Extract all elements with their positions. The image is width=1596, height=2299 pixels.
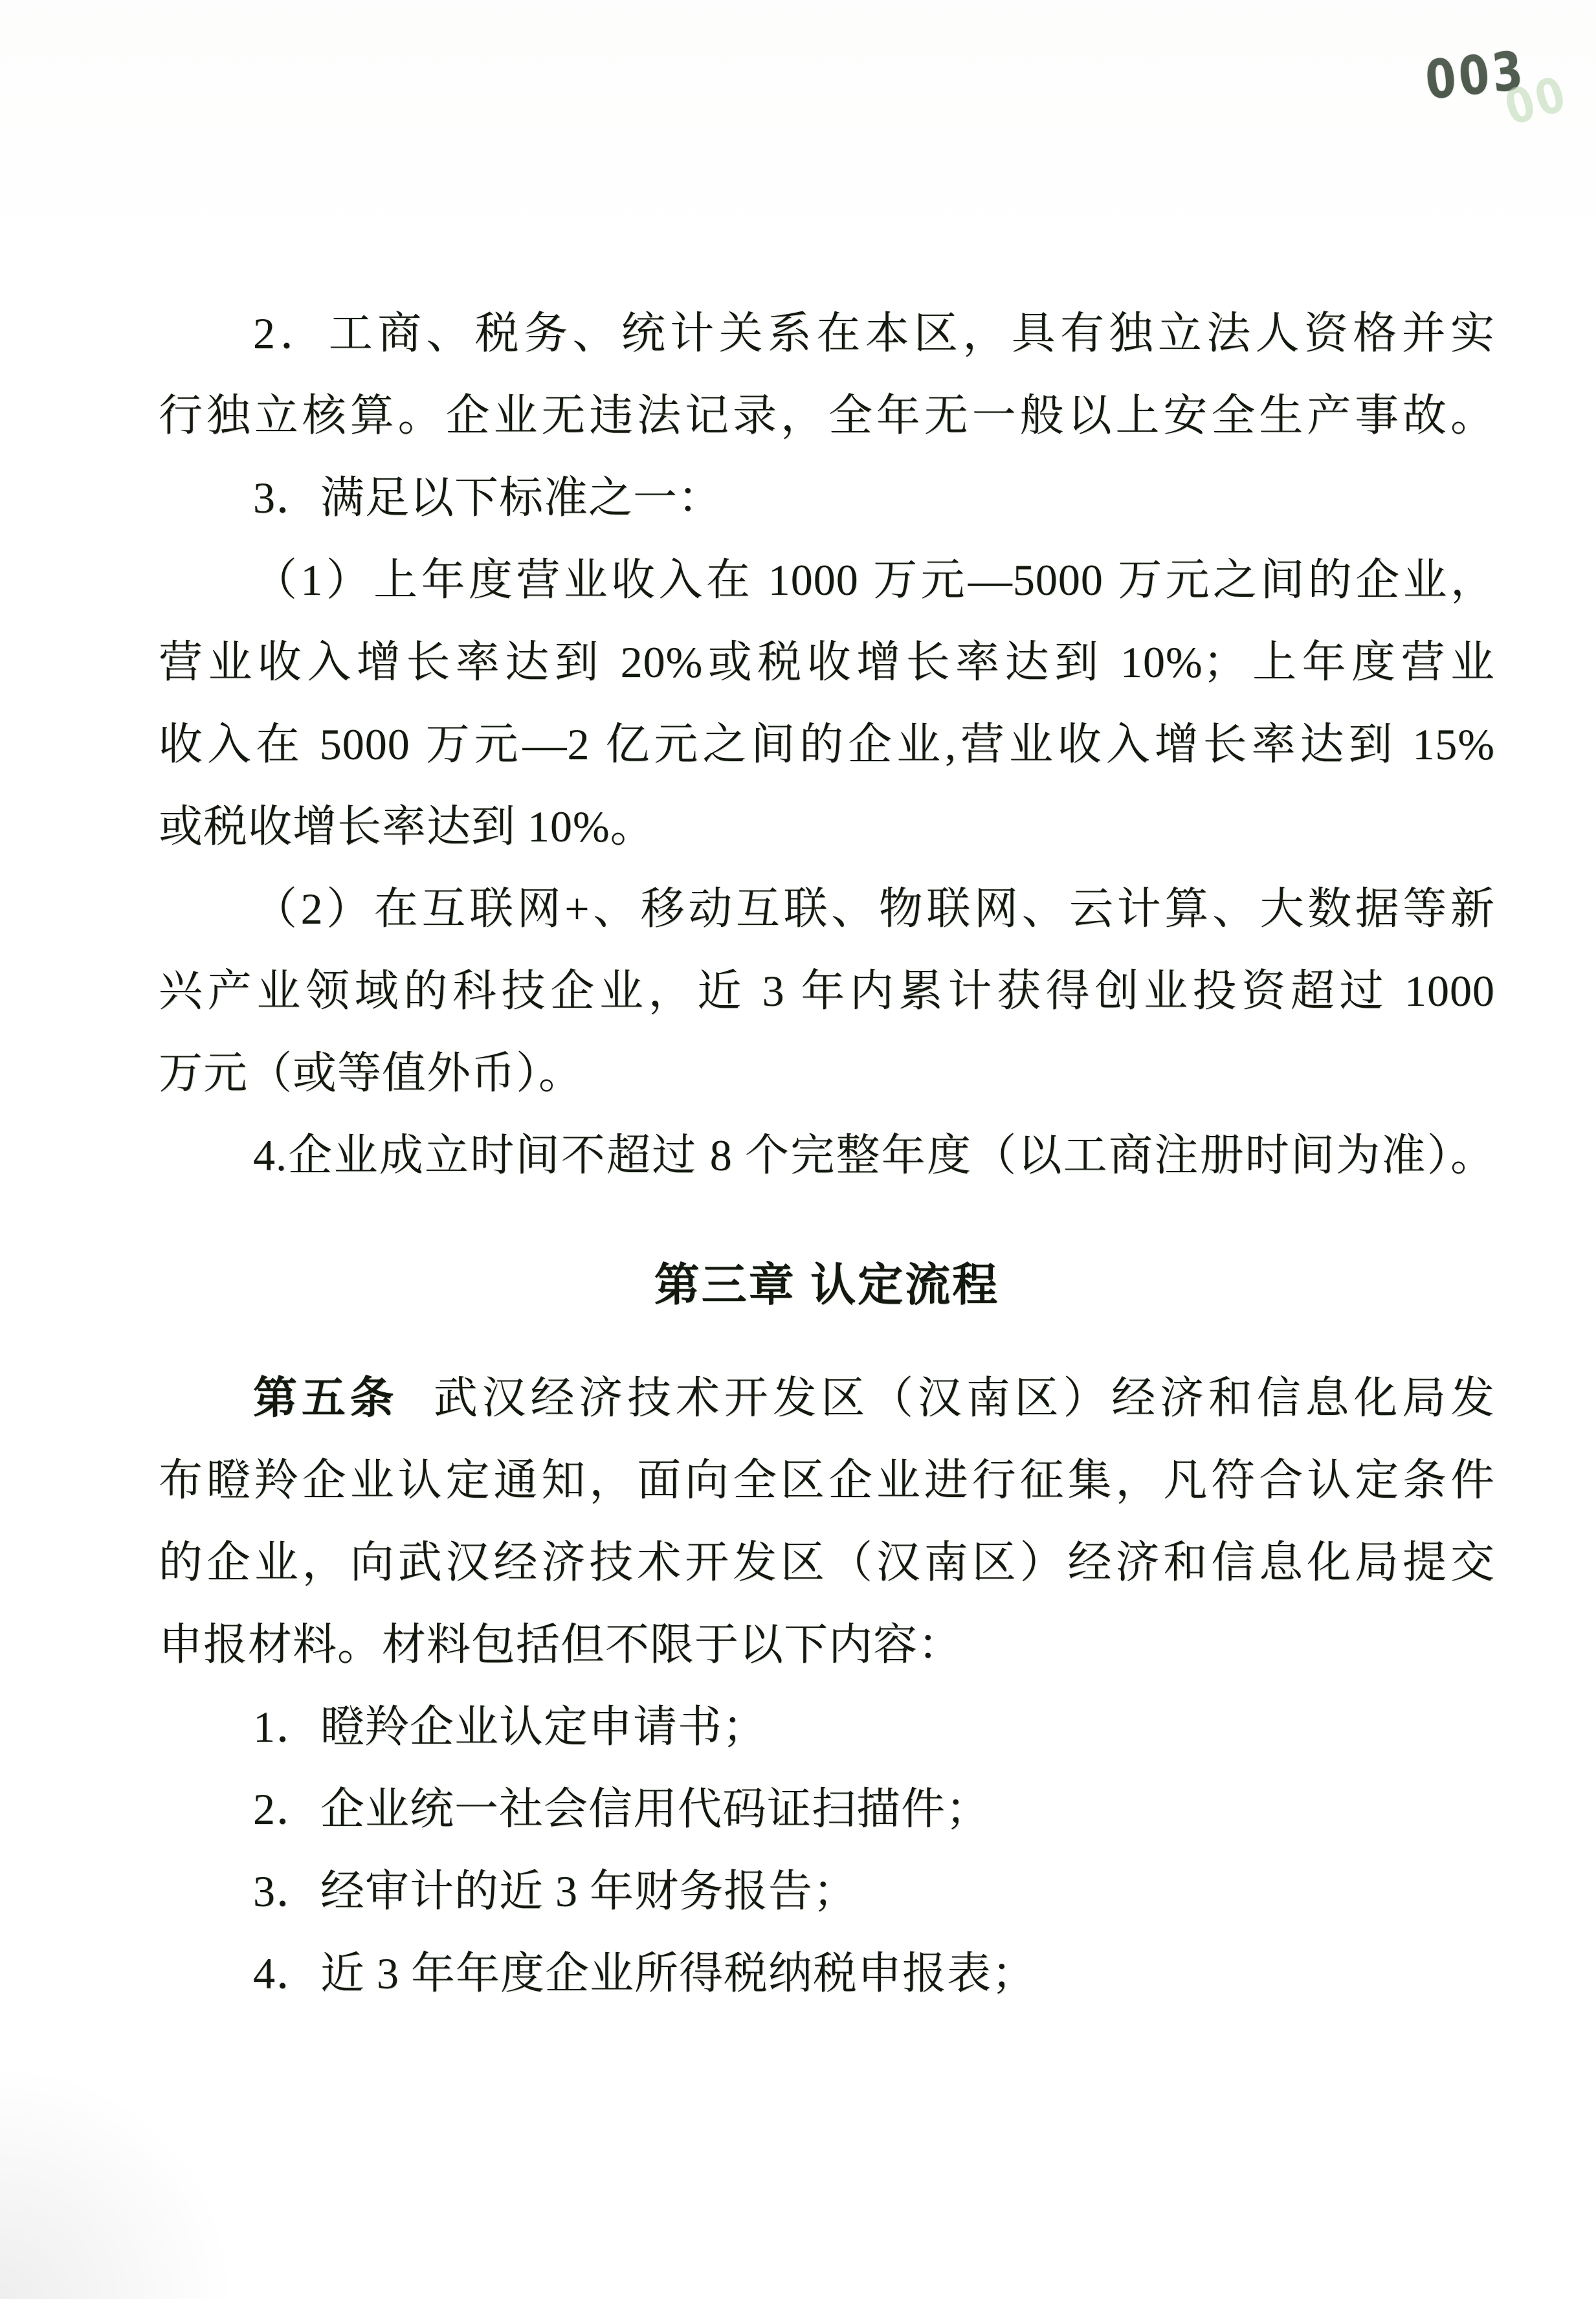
document-lines: 2．工商、税务、统计关系在本区，具有独立法人资格并实行独立核算。企业无违法记录，… [159, 293, 1495, 2015]
line-text: 2．工商、税务、统计关系在本区，具有独立法人资格并实 [253, 309, 1495, 358]
text-line: 2．工商、税务、统计关系在本区，具有独立法人资格并实 [159, 293, 1495, 375]
text-line: 1．瞪羚企业认定申请书； [159, 1686, 1495, 1768]
line-text: 4.企业成立时间不超过 8 个完整年度（以工商注册时间为准）。 [253, 1131, 1495, 1180]
line-text: （2）在互联网+、移动互联、物联网、云计算、大数据等新 [253, 884, 1495, 933]
line-text: （1）上年度营业收入在 1000 万元—5000 万元之间的企业， [253, 555, 1495, 605]
line-text: 兴产业领域的科技企业，近 3 年内累计获得创业投资超过 1000 [159, 966, 1495, 1016]
scan-corner-shadow [0, 2027, 233, 2299]
line-text: 4．近 3 年年度企业所得税纳税申报表； [253, 1949, 1036, 1998]
article-number: 第五条 [253, 1373, 398, 1423]
chapter-heading: 第三章 认定流程 [159, 1244, 1495, 1326]
line-text: 布瞪羚企业认定通知，面向全区企业进行征集，凡符合认定条件 [159, 1456, 1495, 1505]
text-line: 收入在 5000 万元—2 亿元之间的企业,营业收入增长率达到 15% [159, 704, 1495, 786]
line-text: 1．瞪羚企业认定申请书； [253, 1702, 767, 1751]
line-text: 3．满足以下标准之一： [253, 473, 722, 522]
text-line: 万元（或等值外币）。 [159, 1032, 1495, 1115]
line-text: 收入在 5000 万元—2 亿元之间的企业,营业收入增长率达到 15% [159, 720, 1495, 769]
line-text: 申报材料。材料包括但不限于以下内容： [159, 1620, 962, 1669]
text-line: 2．企业统一社会信用代码证扫描件； [159, 1768, 1495, 1850]
line-text: 3．经审计的近 3 年财务报告； [253, 1867, 858, 1916]
text-line: 3．经审计的近 3 年财务报告； [159, 1850, 1495, 1933]
line-text: 营业收入增长率达到 20%或税收增长率达到 10%；上年度营业 [159, 638, 1495, 687]
line-text: 第三章 认定流程 [654, 1260, 999, 1310]
line-text: 的企业，向武汉经济技术开发区（汉南区）经济和信息化局提交 [159, 1538, 1495, 1587]
text-line: 行独立核算。企业无违法记录，全年无一般以上安全生产事故。 [159, 375, 1495, 457]
text-line: 4．近 3 年年度企业所得税纳税申报表； [159, 1933, 1495, 2015]
line-text: 行独立核算。企业无违法记录，全年无一般以上安全生产事故。 [159, 391, 1495, 440]
text-line: 3．满足以下标准之一： [159, 457, 1495, 539]
text-line: 或税收增长率达到 10%。 [159, 786, 1495, 868]
line-text: 万元（或等值外币）。 [159, 1049, 583, 1098]
text-line: 营业收入增长率达到 20%或税收增长率达到 10%；上年度营业 [159, 621, 1495, 704]
text-line: 申报材料。材料包括但不限于以下内容： [159, 1604, 1495, 1686]
text-line: （2）在互联网+、移动互联、物联网、云计算、大数据等新 [159, 868, 1495, 950]
line-text: 武汉经济技术开发区（汉南区）经济和信息化局发 [434, 1373, 1495, 1423]
line-text: 或税收增长率达到 10%。 [159, 802, 655, 851]
text-line: 第五条武汉经济技术开发区（汉南区）经济和信息化局发 [159, 1357, 1495, 1439]
text-line: 的企业，向武汉经济技术开发区（汉南区）经济和信息化局提交 [159, 1522, 1495, 1604]
text-line: 兴产业领域的科技企业，近 3 年内累计获得创业投资超过 1000 [159, 950, 1495, 1032]
text-line: （1）上年度营业收入在 1000 万元—5000 万元之间的企业， [159, 539, 1495, 621]
text-line: 布瞪羚企业认定通知，面向全区企业进行征集，凡符合认定条件 [159, 1439, 1495, 1522]
text-line: 4.企业成立时间不超过 8 个完整年度（以工商注册时间为准）。 [159, 1115, 1495, 1197]
line-text: 2．企业统一社会信用代码证扫描件； [253, 1784, 990, 1834]
